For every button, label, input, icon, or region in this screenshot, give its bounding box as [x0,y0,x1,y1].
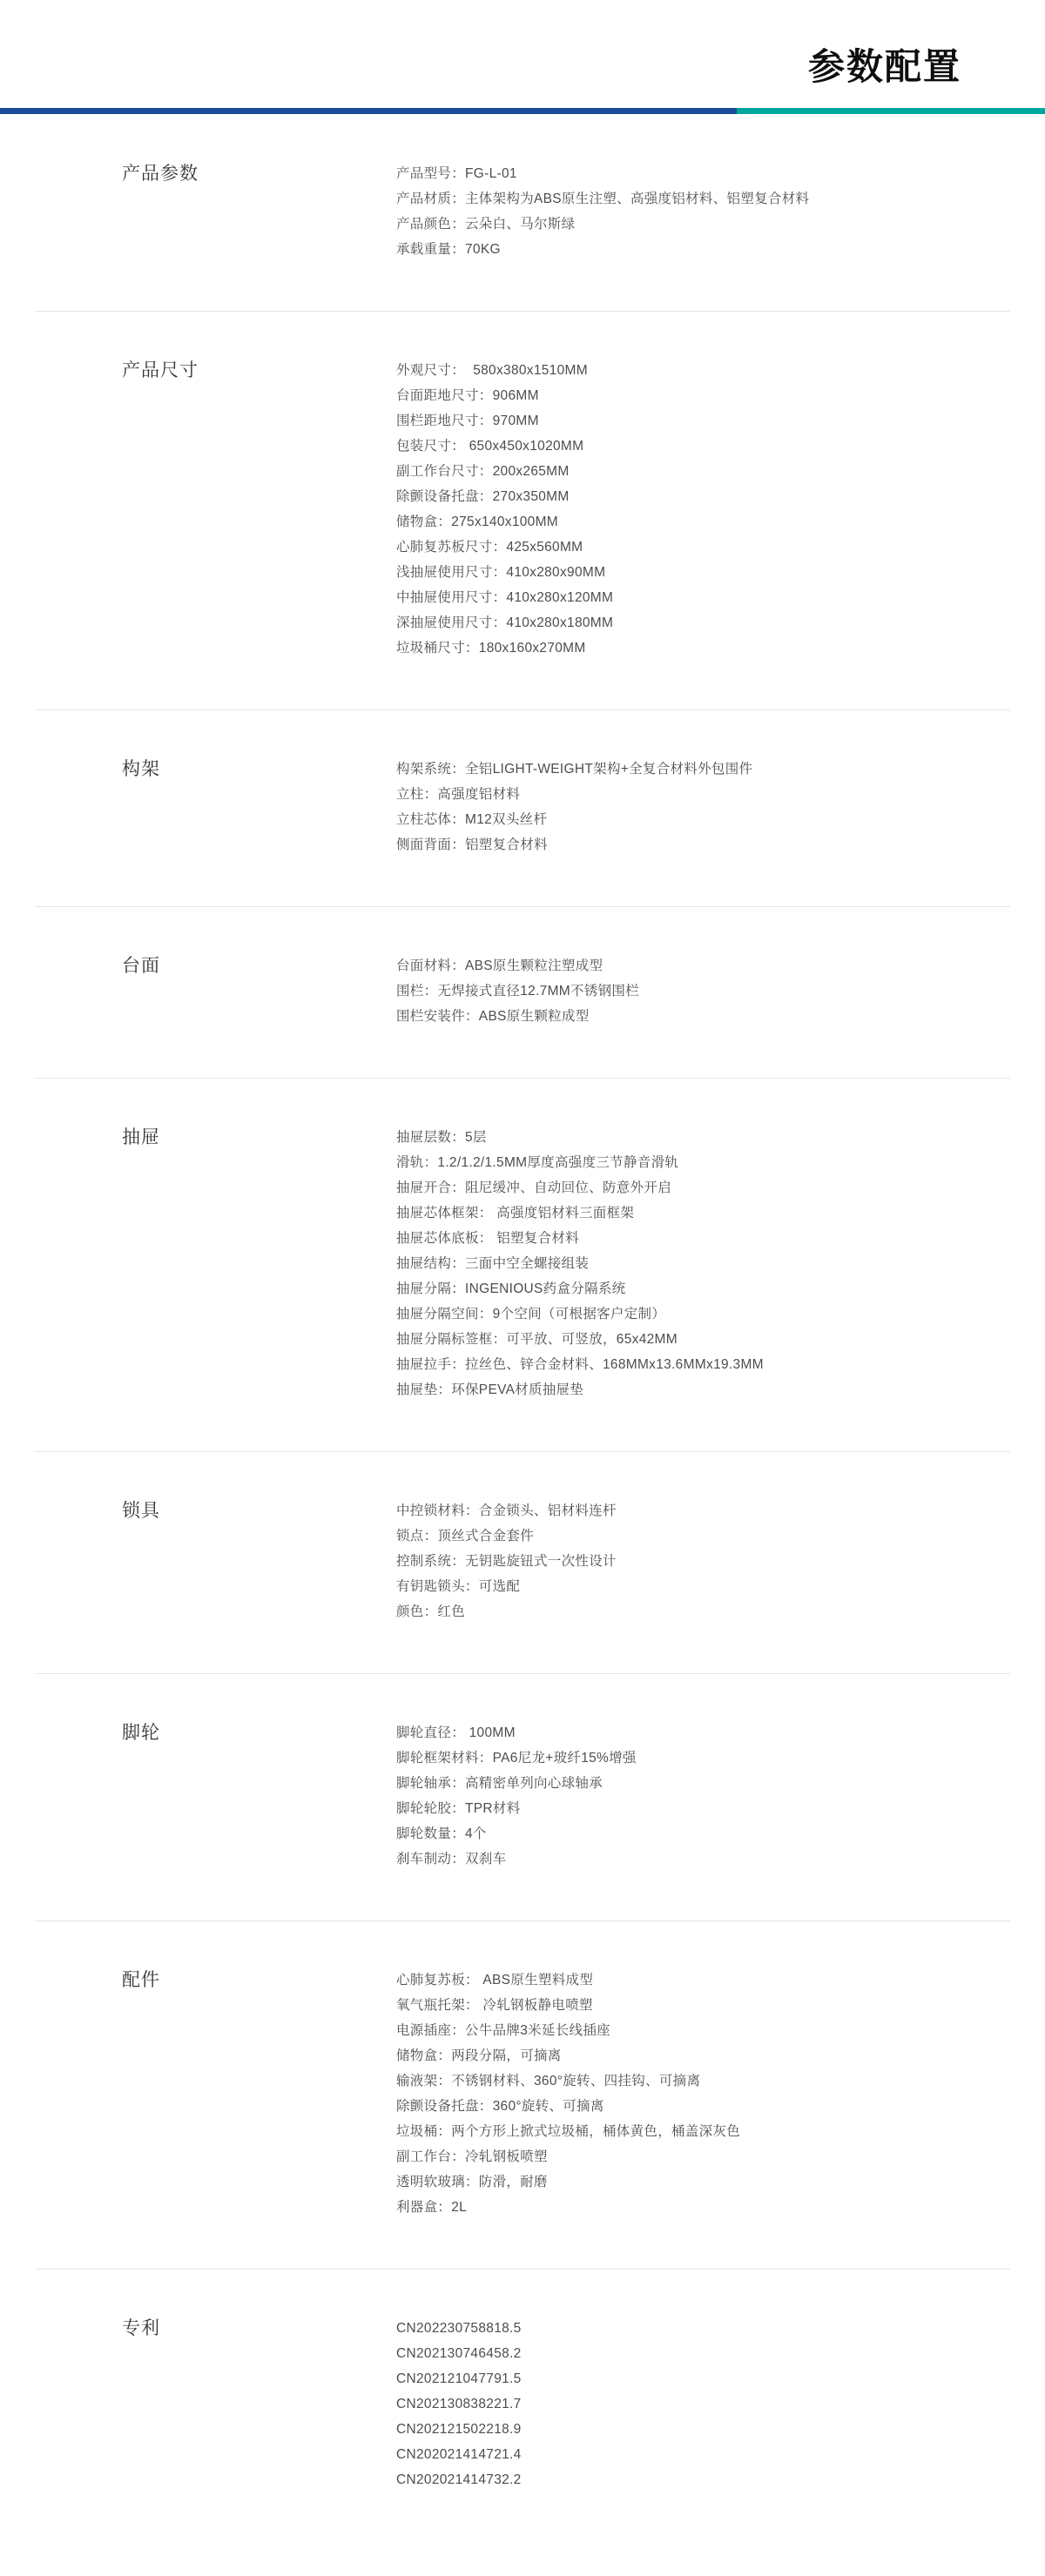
section-content-patents: CN202230758818.5CN202130746458.2CN202121… [396,2316,1045,2492]
spec-line: 心肺复苏板： ABS原生塑料成型 [396,1967,1014,1993]
spec-line: 产品材质：主体架构为ABS原生注塑、高强度铝材料、铝塑复合材料 [396,186,1014,212]
section-label-casters: 脚轮 [0,1720,396,1872]
spec-line: 抽屉开合：阻尼缓冲、自动回位、防意外开启 [396,1175,1014,1201]
spec-line: 围栏安装件：ABS原生颗粒成型 [396,1004,1014,1029]
section-product-dimensions: 产品尺寸外观尺寸： 580x380x1510MM台面距地尺寸：906MM围栏距地… [0,311,1045,710]
title-underline [0,108,1045,114]
spec-line: 深抽屉使用尺寸：410x280x180MM [396,610,1014,636]
spec-line: 利器盒：2L [396,2195,1014,2220]
spec-line: 中控锁材料：合金锁头、铝材料连杆 [396,1498,1014,1523]
underline-blue-segment [0,108,737,114]
section-label-frame: 构架 [0,757,396,858]
section-label-tabletop: 台面 [0,953,396,1029]
spec-line: 有钥匙锁头：可选配 [396,1574,1014,1599]
spec-line: 储物盒：两段分隔，可摘离 [396,2043,1014,2068]
spec-line: 构架系统：全铝LIGHT-WEIGHT架构+全复合材料外包围件 [396,757,1014,782]
page-header: 参数配置 [0,0,1045,108]
spec-line: 副工作台尺寸：200x265MM [396,459,1014,484]
spec-line: 透明软玻璃：防滑，耐磨 [396,2169,1014,2195]
spec-line: 滑轨：1.2/1.2/1.5MM厚度高强度三节静音滑轨 [396,1150,1014,1175]
section-locks: 锁具中控锁材料：合金锁头、铝材料连杆锁点：顶丝式合金套件控制系统：无钥匙旋钮式一… [0,1451,1045,1673]
spec-line: 立柱：高强度铝材料 [396,782,1014,807]
section-content-casters: 脚轮直径： 100MM脚轮框架材料：PA6尼龙+玻纤15%增强脚轮轴承：高精密单… [396,1720,1045,1872]
spec-line: 产品颜色：云朵白、马尔斯绿 [396,212,1014,237]
spec-line: 立柱芯体：M12双头丝杆 [396,807,1014,832]
spec-line: CN202121047791.5 [396,2366,1014,2391]
section-content-tabletop: 台面材料：ABS原生颗粒注塑成型围栏：无焊接式直径12.7MM不锈钢围栏围栏安装… [396,953,1045,1029]
spec-line: CN202130838221.7 [396,2391,1014,2417]
spec-line: 抽屉垫：环保PEVA材质抽屉垫 [396,1377,1014,1402]
spec-line: 抽屉层数：5层 [396,1125,1014,1150]
spec-line: 输液架：不锈钢材料、360°旋转、四挂钩、可摘离 [396,2068,1014,2094]
spec-line: 抽屉结构：三面中空全螺接组装 [396,1251,1014,1276]
spec-sections: 产品参数产品型号：FG-L-01产品材质：主体架构为ABS原生注塑、高强度铝材料… [0,114,1045,2576]
underline-teal-segment [737,108,1045,114]
spec-line: 脚轮轮胶：TPR材料 [396,1796,1014,1821]
page-title: 参数配置 [808,47,961,87]
spec-line: 垃圾桶尺寸：180x160x270MM [396,636,1014,661]
section-content-drawers: 抽屉层数：5层滑轨：1.2/1.2/1.5MM厚度高强度三节静音滑轨抽屉开合：阻… [396,1125,1045,1402]
spec-line: 垃圾桶：两个方形上掀式垃圾桶，桶体黄色，桶盖深灰色 [396,2119,1014,2144]
section-label-product-dimensions: 产品尺寸 [0,358,396,661]
section-label-locks: 锁具 [0,1498,396,1624]
spec-line: 围栏：无焊接式直径12.7MM不锈钢围栏 [396,979,1014,1004]
section-label-product-params: 产品参数 [0,161,396,262]
spec-line: 抽屉芯体框架： 高强度铝材料三面框架 [396,1201,1014,1226]
section-content-locks: 中控锁材料：合金锁头、铝材料连杆锁点：顶丝式合金套件控制系统：无钥匙旋钮式一次性… [396,1498,1045,1624]
section-content-product-dimensions: 外观尺寸： 580x380x1510MM台面距地尺寸：906MM围栏距地尺寸：9… [396,358,1045,661]
spec-line: 脚轮轴承：高精密单列向心球轴承 [396,1771,1014,1796]
spec-page: 参数配置 产品参数产品型号：FG-L-01产品材质：主体架构为ABS原生注塑、高… [0,0,1045,2576]
spec-line: CN202021414721.4 [396,2442,1014,2467]
spec-line: 外观尺寸： 580x380x1510MM [396,358,1014,383]
spec-line: 中抽屉使用尺寸：410x280x120MM [396,585,1014,610]
spec-line: 抽屉分隔标签框：可平放、可竖放，65x42MM [396,1327,1014,1352]
spec-line: 抽屉分隔空间：9个空间（可根据客户定制） [396,1301,1014,1327]
spec-line: 刹车制动：双刹车 [396,1846,1014,1872]
spec-line: CN202230758818.5 [396,2316,1014,2341]
section-drawers: 抽屉抽屉层数：5层滑轨：1.2/1.2/1.5MM厚度高强度三节静音滑轨抽屉开合… [0,1078,1045,1451]
section-frame: 构架构架系统：全铝LIGHT-WEIGHT架构+全复合材料外包围件立柱：高强度铝… [0,710,1045,906]
spec-line: CN202021414732.2 [396,2467,1014,2492]
spec-line: 抽屉分隔：INGENIOUS药盒分隔系统 [396,1276,1014,1301]
section-content-product-params: 产品型号：FG-L-01产品材质：主体架构为ABS原生注塑、高强度铝材料、铝塑复… [396,161,1045,262]
section-patents: 专利CN202230758818.5CN202130746458.2CN2021… [0,2269,1045,2541]
spec-line: 台面距地尺寸：906MM [396,383,1014,408]
spec-line: CN202121502218.9 [396,2417,1014,2442]
spec-line: 抽屉芯体底板： 铝塑复合材料 [396,1226,1014,1251]
section-product-params: 产品参数产品型号：FG-L-01产品材质：主体架构为ABS原生注塑、高强度铝材料… [0,114,1045,311]
spec-line: 氧气瓶托架： 冷轧钢板静电喷塑 [396,1993,1014,2018]
spec-line: 产品型号：FG-L-01 [396,161,1014,186]
spec-line: 围栏距地尺寸：970MM [396,408,1014,434]
spec-line: 承载重量：70KG [396,237,1014,262]
spec-line: 脚轮直径： 100MM [396,1720,1014,1745]
spec-line: 心肺复苏板尺寸：425x560MM [396,535,1014,560]
spec-line: 副工作台：冷轧钢板喷塑 [396,2144,1014,2169]
spec-line: 台面材料：ABS原生颗粒注塑成型 [396,953,1014,979]
spec-line: 颜色：红色 [396,1599,1014,1624]
section-tabletop: 台面台面材料：ABS原生颗粒注塑成型围栏：无焊接式直径12.7MM不锈钢围栏围栏… [0,906,1045,1078]
section-label-patents: 专利 [0,2316,396,2492]
spec-line: 侧面背面：铝塑复合材料 [396,832,1014,858]
spec-line: 控制系统：无钥匙旋钮式一次性设计 [396,1549,1014,1574]
spec-line: 包装尺寸： 650x450x1020MM [396,434,1014,459]
spec-line: 浅抽屉使用尺寸：410x280x90MM [396,560,1014,585]
spec-line: 除颤设备托盘：360°旋转、可摘离 [396,2094,1014,2119]
spec-line: 脚轮框架材料：PA6尼龙+玻纤15%增强 [396,1745,1014,1771]
spec-line: 电源插座：公牛品牌3米延长线插座 [396,2018,1014,2043]
section-content-accessories: 心肺复苏板： ABS原生塑料成型氧气瓶托架： 冷轧钢板静电喷塑电源插座：公牛品牌… [396,1967,1045,2220]
spec-line: 储物盒：275x140x100MM [396,509,1014,535]
spec-line: 抽屉拉手：拉丝色、锌合金材料、168MMx13.6MMx19.3MM [396,1352,1014,1377]
section-label-drawers: 抽屉 [0,1125,396,1402]
section-casters: 脚轮脚轮直径： 100MM脚轮框架材料：PA6尼龙+玻纤15%增强脚轮轴承：高精… [0,1673,1045,1920]
spec-line: 脚轮数量：4个 [396,1821,1014,1846]
section-label-accessories: 配件 [0,1967,396,2220]
spec-line: 锁点：顶丝式合金套件 [396,1523,1014,1549]
spec-line: CN202130746458.2 [396,2341,1014,2366]
spec-line: 除颤设备托盘：270x350MM [396,484,1014,509]
section-accessories: 配件心肺复苏板： ABS原生塑料成型氧气瓶托架： 冷轧钢板静电喷塑电源插座：公牛… [0,1920,1045,2269]
section-content-frame: 构架系统：全铝LIGHT-WEIGHT架构+全复合材料外包围件立柱：高强度铝材料… [396,757,1045,858]
